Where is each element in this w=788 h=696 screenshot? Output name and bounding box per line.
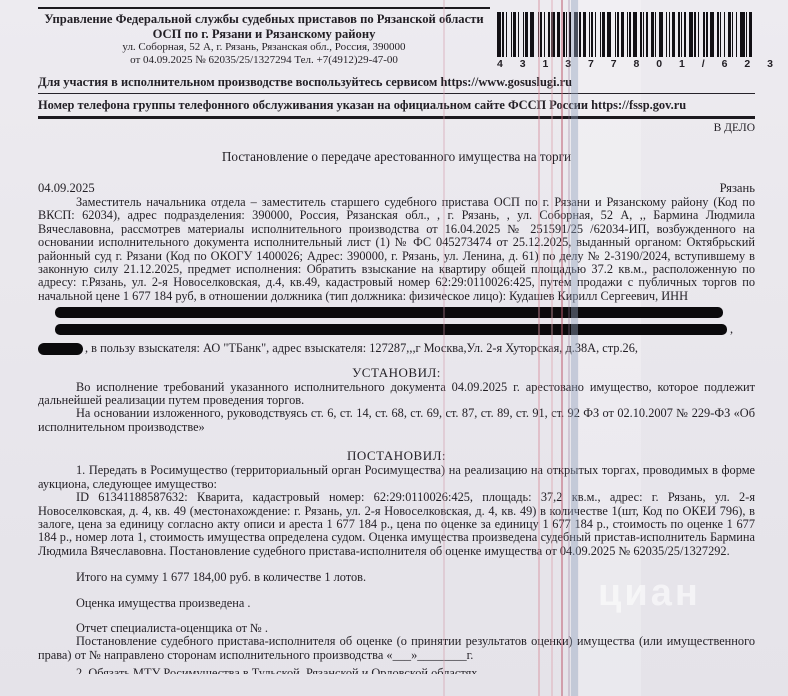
appraiser-report-line: Отчет специалиста-оценщика от № . <box>38 622 755 635</box>
total-sum-line: Итого на сумму 1 677 184,00 руб. в колич… <box>38 571 755 584</box>
document-reference: от 04.09.2025 № 62035/25/1327294 Тел. +7… <box>38 54 490 67</box>
property-description: ID 61341188587632: Кварита, кадастровый … <box>38 491 755 558</box>
gosuslugi-service-line: Для участия в исполнительном производств… <box>38 75 755 94</box>
creditor-line: , в пользу взыскателя: АО "ТБанк", адрес… <box>85 342 638 355</box>
postanovil-heading: ПОСТАНОВИЛ: <box>38 448 755 464</box>
barcode-digits: 4 3 1 3 7 7 8 0 1 / 6 2 3 4 <box>497 58 755 70</box>
date-city-row: 04.09.2025 Рязань <box>38 181 755 196</box>
order-item-2-partial: 2. Обязать МТУ Росимущества в Тульской, … <box>38 667 755 674</box>
org-address: ул. Соборная, 52 А, г. Рязань, Рязанская… <box>38 41 490 54</box>
valuation-resolution-paragraph: Постановление судебного пристава-исполни… <box>38 635 755 662</box>
scanned-document-page: циан Управление Федеральной службы судеб… <box>0 0 788 696</box>
case-file-note: В ДЕЛО <box>38 122 755 134</box>
barcode-block: 4 3 1 3 7 7 8 0 1 / 6 2 3 4 <box>497 12 755 70</box>
fssp-phone-line: Номер телефона группы телефонного обслуж… <box>38 98 755 119</box>
order-item-1: 1. Передать в Росимущество (территориаль… <box>38 464 755 491</box>
letterhead: Управление Федеральной службы судебных п… <box>38 12 755 70</box>
appraisal-line: Оценка имущества произведена . <box>38 597 755 610</box>
creditor-line-row: , в пользу взыскателя: АО "ТБанк", адрес… <box>38 342 755 355</box>
ustanovil-heading: УСТАНОВИЛ: <box>38 365 755 381</box>
redaction-bar <box>55 324 727 335</box>
cutoff-line-clip: 2. Обязать МТУ Росимущества в Тульской, … <box>38 667 755 674</box>
preamble-paragraph: Заместитель начальника отдела – заместит… <box>38 196 755 303</box>
barcode-image <box>497 12 755 57</box>
document-title: Постановление о передаче арестованного и… <box>38 149 755 165</box>
org-name-line1: Управление Федеральной службы судебных п… <box>38 12 490 27</box>
issuing-authority-block: Управление Федеральной службы судебных п… <box>38 12 490 66</box>
redaction-bar <box>55 307 723 318</box>
redaction-blob <box>38 343 83 355</box>
document-city: Рязань <box>720 181 755 196</box>
redaction-bar-row: , <box>38 322 755 337</box>
document-date: 04.09.2025 <box>38 181 95 196</box>
findings-paragraph: Во исполнение требований указанного испо… <box>38 381 755 408</box>
legal-basis-paragraph: На основании изложенного, руководствуясь… <box>38 407 755 434</box>
org-name-line2: ОСП по г. Рязани и Рязанскому району <box>38 27 490 42</box>
header-top-rule <box>38 7 490 9</box>
redaction-tail-text: , <box>730 322 733 337</box>
